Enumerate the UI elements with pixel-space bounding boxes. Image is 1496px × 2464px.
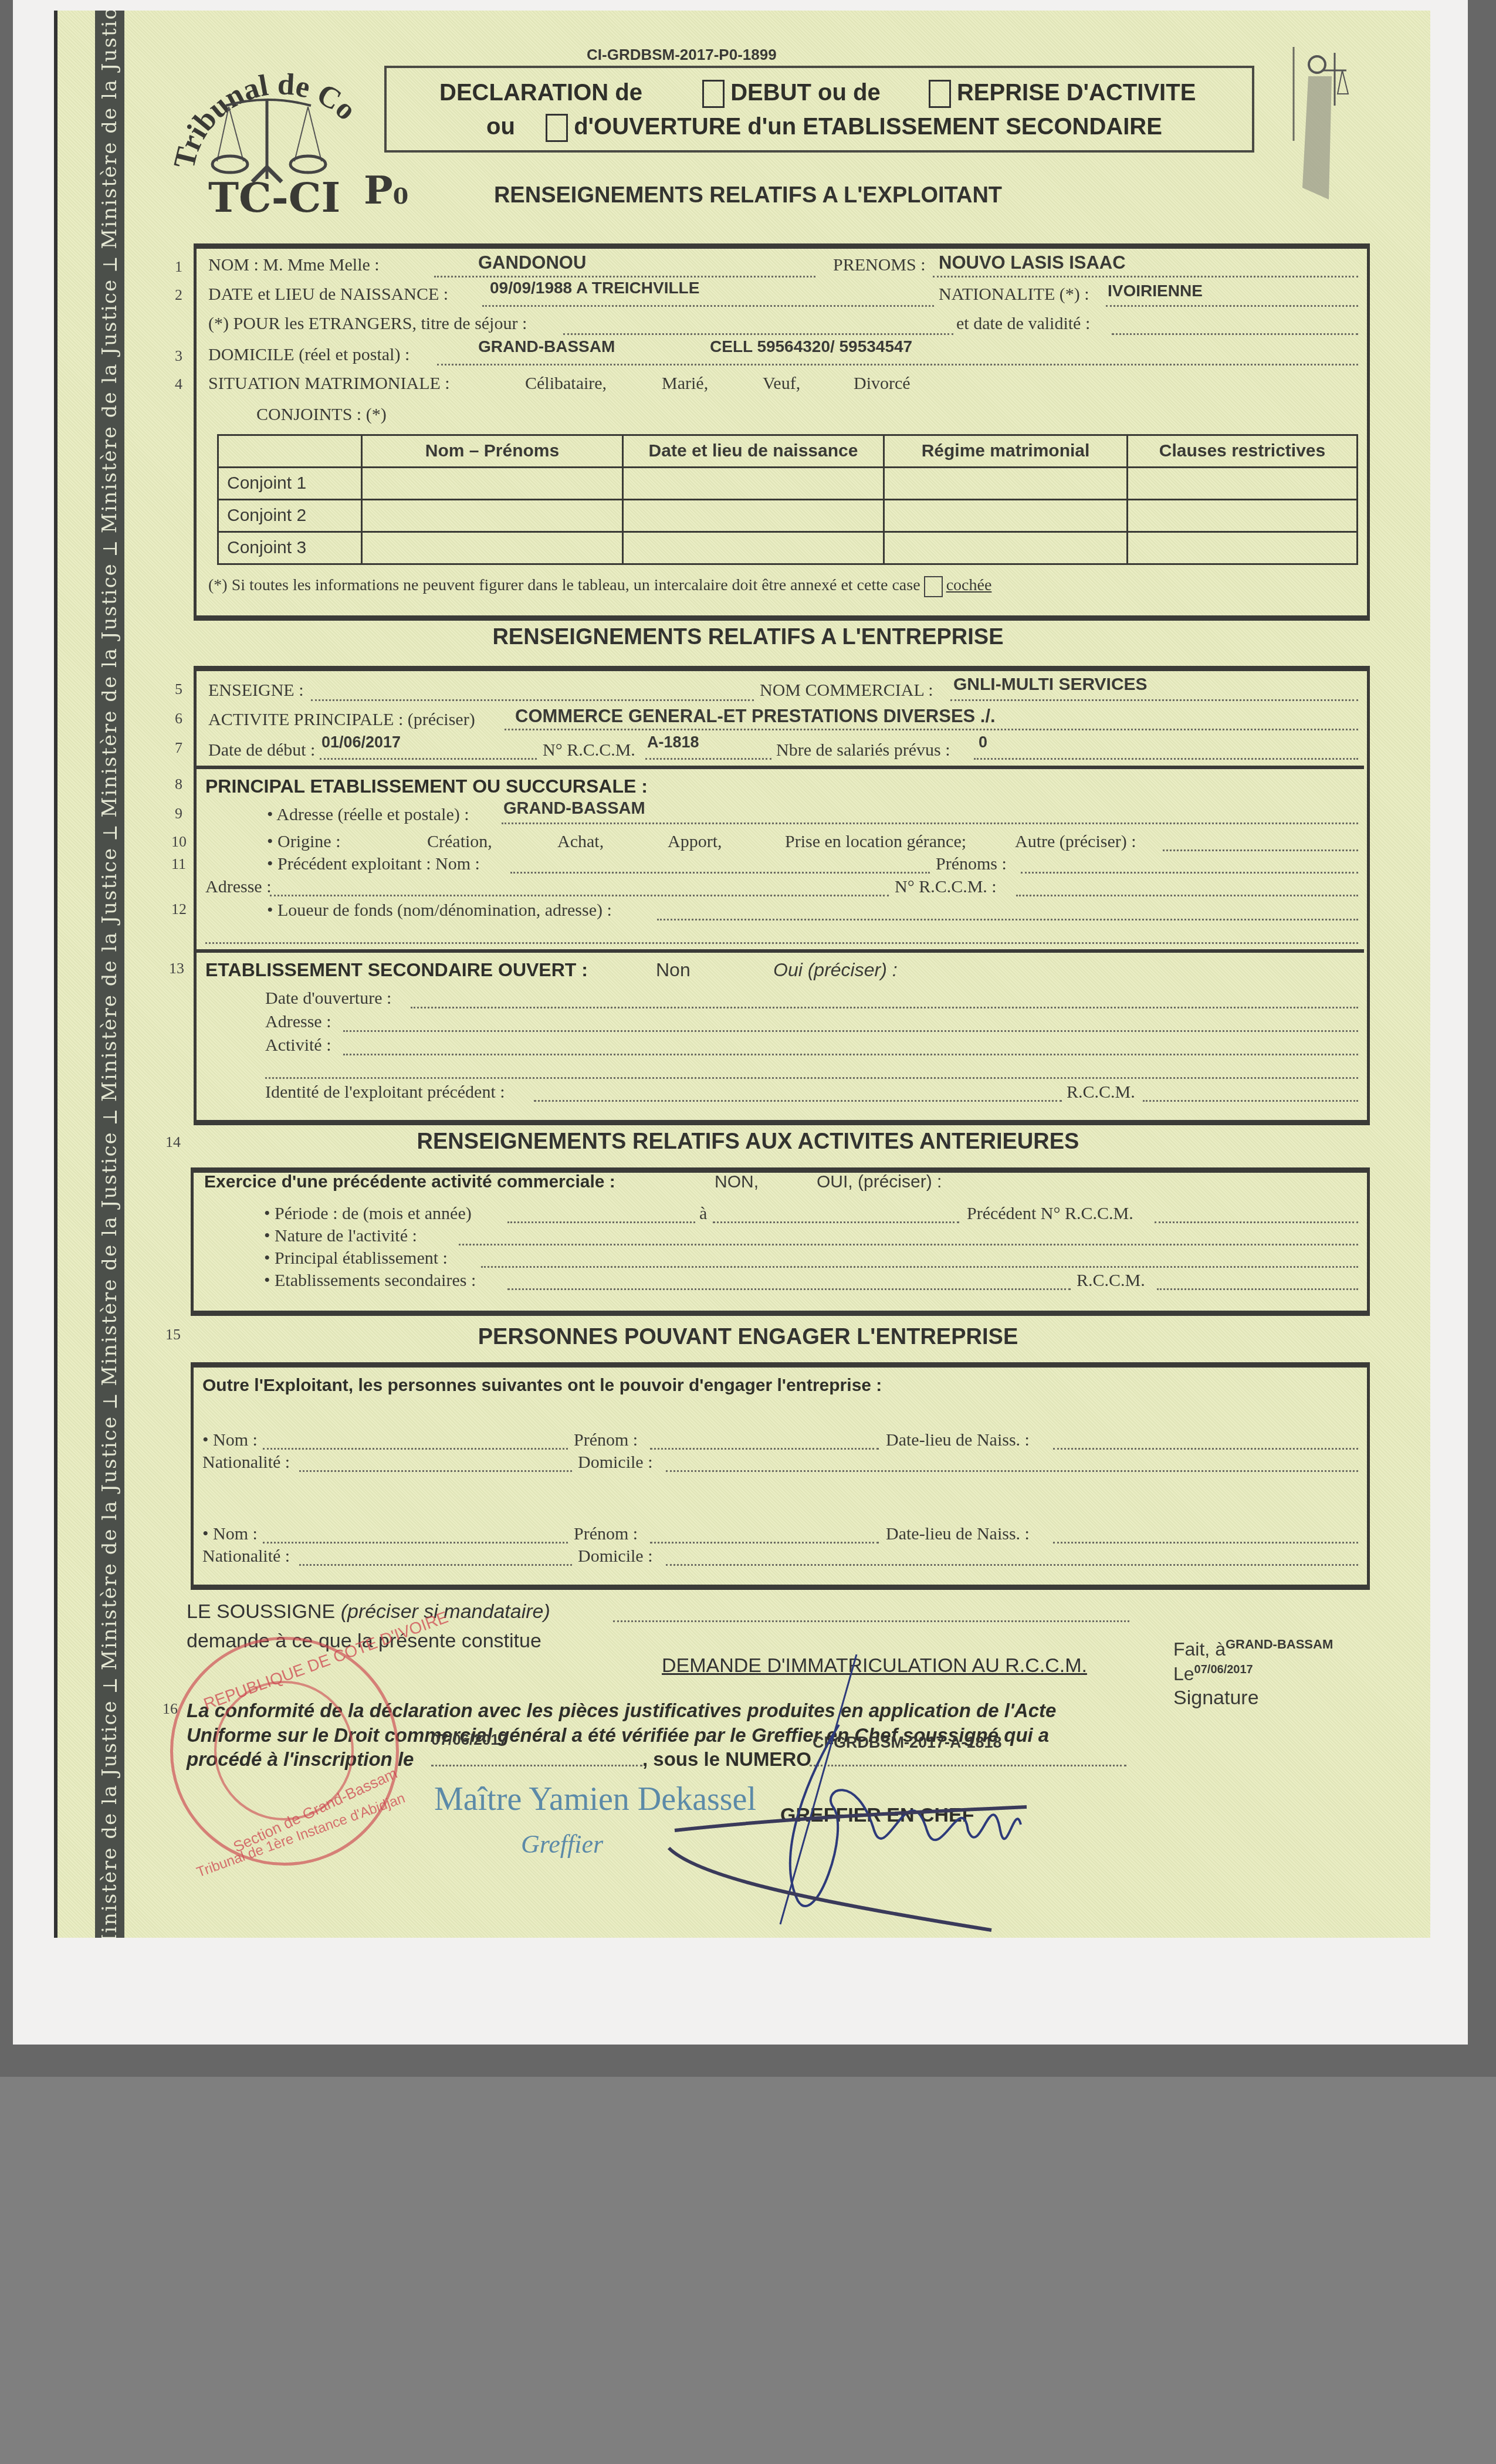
- declaration-prefix: DECLARATION de: [439, 80, 642, 106]
- nom-label: NOM : M. Mme Melle :: [208, 255, 380, 275]
- line-number: 9: [175, 805, 182, 823]
- etrangers-label: (*) POUR les ETRANGERS, titre de séjour …: [208, 314, 527, 334]
- table-cell[interactable]: [623, 468, 884, 500]
- greffier-title: Greffier: [521, 1829, 603, 1859]
- principal-etab-label: • Principal établissement :: [264, 1248, 448, 1268]
- rccm-label: N° R.C.C.M.: [543, 740, 635, 760]
- nom-field[interactable]: GANDONOU: [478, 252, 586, 273]
- secondaires-label: • Etablissements secondaires :: [264, 1271, 476, 1291]
- situation-label: SITUATION MATRIMONIALE :: [208, 374, 450, 394]
- line-number: 7: [175, 739, 182, 757]
- personnes-box: [191, 1362, 1370, 1590]
- origine-option[interactable]: Création,: [427, 832, 492, 852]
- debut-label: DEBUT ou de: [730, 80, 881, 106]
- origine-label: • Origine :: [267, 832, 340, 852]
- conjoints-table: Nom – Prénoms Date et lieu de naissance …: [217, 434, 1358, 565]
- precedent-adresse-label: Adresse :: [205, 877, 271, 897]
- line-number: 1: [175, 258, 182, 276]
- line-number: 12: [171, 901, 187, 918]
- periode-label: • Période : de (mois et année): [264, 1204, 472, 1224]
- line-number: 3: [175, 347, 182, 365]
- nom-commercial-field[interactable]: GNLI-MULTI SERVICES: [953, 675, 1148, 695]
- fait-line: Fait, àGRAND-BASSAM: [1173, 1637, 1333, 1660]
- section-title-anterieures: RENSEIGNEMENTS RELATIFS AUX ACTIVITES AN…: [0, 1129, 1496, 1155]
- origine-option[interactable]: Apport,: [668, 832, 722, 852]
- line-number: 5: [175, 681, 182, 698]
- origine-option[interactable]: Achat,: [557, 832, 604, 852]
- personne2-nationalite-label: Nationalité :: [202, 1546, 290, 1566]
- ouverture-label: d'OUVERTURE d'un ETABLISSEMENT SECONDAIR…: [574, 114, 1162, 140]
- divider: [197, 766, 1364, 769]
- table-cell[interactable]: [362, 500, 623, 532]
- handwritten-signature-icon: [663, 1654, 1132, 1936]
- origine-option[interactable]: Autre (préciser) :: [1015, 832, 1136, 852]
- precedent-rccm-label: N° R.C.C.M. :: [895, 877, 997, 897]
- line-number: 8: [175, 776, 182, 793]
- secondaire-title: ETABLISSEMENT SECONDAIRE OUVERT :: [205, 959, 588, 981]
- table-cell[interactable]: [1128, 468, 1358, 500]
- line-number: 6: [175, 710, 182, 727]
- origine-option[interactable]: Prise en location gérance;: [785, 832, 966, 852]
- date-ouverture-label: Date d'ouverture :: [265, 989, 391, 1008]
- date-debut-field[interactable]: 01/06/2017: [321, 733, 401, 752]
- situation-option[interactable]: Divorcé: [854, 374, 911, 394]
- inscription-date-field[interactable]: 07/06/2017: [431, 1731, 507, 1749]
- validite-label: et date de validité :: [956, 314, 1090, 334]
- fait-field[interactable]: GRAND-BASSAM: [1226, 1637, 1333, 1651]
- table-cell[interactable]: [1128, 500, 1358, 532]
- side-strip-text: Ministère de la Justice ⟂ Ministère de l…: [98, 11, 121, 1938]
- exercice-oui[interactable]: OUI, (préciser) :: [817, 1172, 942, 1192]
- table-row: Conjoint 2: [218, 500, 1358, 532]
- sec-adresse-label: Adresse :: [265, 1012, 331, 1032]
- personne2-nom-label: • Nom :: [202, 1524, 258, 1544]
- table-row: Conjoint 3: [218, 532, 1358, 564]
- ouverture-checkbox[interactable]: [546, 114, 568, 142]
- line-number: 13: [169, 960, 184, 977]
- ministry-side-strip: Ministère de la Justice ⟂ Ministère de l…: [95, 11, 124, 1938]
- line-number: 10: [171, 833, 187, 851]
- declaration-box: DECLARATION de DEBUT ou de REPRISE D'ACT…: [384, 66, 1254, 153]
- section-title-personnes: PERSONNES POUVANT ENGAGER L'ENTREPRISE: [0, 1325, 1496, 1350]
- domicile-label: DOMICILE (réel et postal) :: [208, 345, 409, 365]
- salaries-label: Nbre de salariés prévus :: [776, 740, 950, 760]
- table-cell[interactable]: [1128, 532, 1358, 564]
- debut-checkbox[interactable]: [702, 80, 725, 108]
- nature-label: • Nature de l'activité :: [264, 1226, 417, 1246]
- table-cell[interactable]: [623, 532, 884, 564]
- line-number: 2: [175, 286, 182, 304]
- personne1-nom-label: • Nom :: [202, 1430, 258, 1450]
- sec-activite-label: Activité :: [265, 1035, 331, 1055]
- conjoints-label: CONJOINTS : (*): [256, 405, 387, 425]
- secondaires-rccm-label: R.C.C.M.: [1077, 1271, 1145, 1291]
- table-cell[interactable]: [623, 500, 884, 532]
- row-label: Conjoint 2: [218, 500, 362, 532]
- reference-number: CI-GRDBSM-2017-P0-1899: [587, 46, 777, 64]
- naissance-field[interactable]: 09/09/1988 A TREICHVILLE: [490, 279, 699, 297]
- table-header: Nom – Prénoms: [362, 435, 623, 468]
- loueur-label: • Loueur de fonds (nom/dénomination, adr…: [267, 901, 612, 920]
- personnes-intro: Outre l'Exploitant, les personnes suivan…: [202, 1376, 882, 1396]
- periode-a-label: à: [699, 1204, 707, 1224]
- line-number: 4: [175, 375, 182, 393]
- date-debut-label: Date de début :: [208, 740, 315, 760]
- row-label: Conjoint 3: [218, 532, 362, 564]
- row-label: Conjoint 1: [218, 468, 362, 500]
- domicile-field[interactable]: GRAND-BASSAM: [478, 337, 615, 356]
- secondaire-oui[interactable]: Oui (préciser) :: [773, 959, 898, 981]
- table-header: Clauses restrictives: [1128, 435, 1358, 468]
- annex-checkbox[interactable]: [924, 576, 943, 597]
- exercice-non[interactable]: NON,: [715, 1172, 759, 1192]
- precedent-prenoms-label: Prénoms :: [936, 854, 1007, 874]
- personne1-nationalite-label: Nationalité :: [202, 1453, 290, 1473]
- identite-label: Identité de l'exploitant précédent :: [265, 1082, 505, 1102]
- precedent-rccm-label: Précédent N° R.C.C.M.: [967, 1204, 1133, 1224]
- or-label: ou: [486, 114, 515, 140]
- adresse-field[interactable]: GRAND-BASSAM: [503, 799, 645, 818]
- situation-option[interactable]: Marié,: [662, 374, 708, 394]
- secondaire-non[interactable]: Non: [656, 959, 691, 981]
- personne2-date-label: Date-lieu de Naiss. :: [886, 1524, 1030, 1544]
- prenoms-field[interactable]: NOUVO LASIS ISAAC: [939, 252, 1126, 273]
- soussigne-line: LE SOUSSIGNE (préciser si mandataire): [187, 1600, 550, 1623]
- activite-label: ACTIVITE PRINCIPALE : (préciser): [208, 710, 475, 730]
- table-cell[interactable]: [884, 500, 1128, 532]
- table-header: [218, 435, 362, 468]
- signature-label: Signature: [1173, 1687, 1259, 1710]
- table-cell[interactable]: [362, 468, 623, 500]
- table-cell[interactable]: [884, 468, 1128, 500]
- divider: [197, 949, 1364, 953]
- table-header: Date et lieu de naissance: [623, 435, 884, 468]
- enseigne-label: ENSEIGNE :: [208, 681, 303, 700]
- conjoints-footnote: (*) Si toutes les informations ne peuven…: [208, 576, 991, 597]
- table-row: Conjoint 1: [218, 468, 1358, 500]
- nationalite-label: NATIONALITE (*) :: [939, 285, 1089, 304]
- table-header: Régime matrimonial: [884, 435, 1128, 468]
- activite-field[interactable]: COMMERCE GENERAL-ET PRESTATIONS DIVERSES…: [515, 706, 996, 727]
- precedent-nom-label: • Précédent exploitant : Nom :: [267, 854, 480, 874]
- situation-option[interactable]: Veuf,: [763, 374, 800, 394]
- prenoms-label: PRENOMS :: [833, 255, 926, 275]
- reprise-checkbox[interactable]: [929, 80, 951, 108]
- court-seal-stamp: REPUBLIQUE DE COTE D'IVOIRE Section de G…: [170, 1637, 399, 1866]
- personne2-prenom-label: Prénom :: [574, 1524, 638, 1544]
- table-cell[interactable]: [884, 532, 1128, 564]
- personne1-prenom-label: Prénom :: [574, 1430, 638, 1450]
- table-cell[interactable]: [362, 532, 623, 564]
- naissance-label: DATE et LIEU de NAISSANCE :: [208, 285, 448, 304]
- section-title-entreprise: RENSEIGNEMENTS RELATIFS A L'ENTREPRISE: [0, 625, 1496, 650]
- cell-field[interactable]: CELL 59564320/ 59534547: [710, 337, 912, 356]
- exercice-label: Exercice d'une précédente activité comme…: [204, 1172, 615, 1192]
- nom-commercial-label: NOM COMMERCIAL :: [760, 681, 933, 700]
- personne1-domicile-label: Domicile :: [578, 1453, 652, 1473]
- adresse-label: • Adresse (réelle et postale) :: [267, 805, 469, 825]
- principal-title: PRINCIPAL ETABLISSEMENT OU SUCCURSALE :: [205, 776, 648, 797]
- line-number: 11: [171, 855, 186, 873]
- nationalite-field[interactable]: IVOIRIENNE: [1108, 282, 1203, 300]
- identite-rccm-label: R.C.C.M.: [1067, 1082, 1135, 1102]
- reprise-label: REPRISE D'ACTIVITE: [957, 80, 1196, 106]
- section-title-exploitant: RENSEIGNEMENTS RELATIFS A L'EXPLOITANT: [0, 183, 1496, 208]
- rccm-field[interactable]: A-1818: [647, 733, 699, 752]
- table-header-row: Nom – Prénoms Date et lieu de naissance …: [218, 435, 1358, 468]
- salaries-field[interactable]: 0: [979, 733, 987, 752]
- situation-option[interactable]: Célibataire,: [525, 374, 607, 394]
- personne1-date-label: Date-lieu de Naiss. :: [886, 1430, 1030, 1450]
- le-field[interactable]: 07/06/2017: [1194, 1663, 1253, 1676]
- le-line: Le07/06/2017: [1173, 1663, 1253, 1685]
- personne2-domicile-label: Domicile :: [578, 1546, 652, 1566]
